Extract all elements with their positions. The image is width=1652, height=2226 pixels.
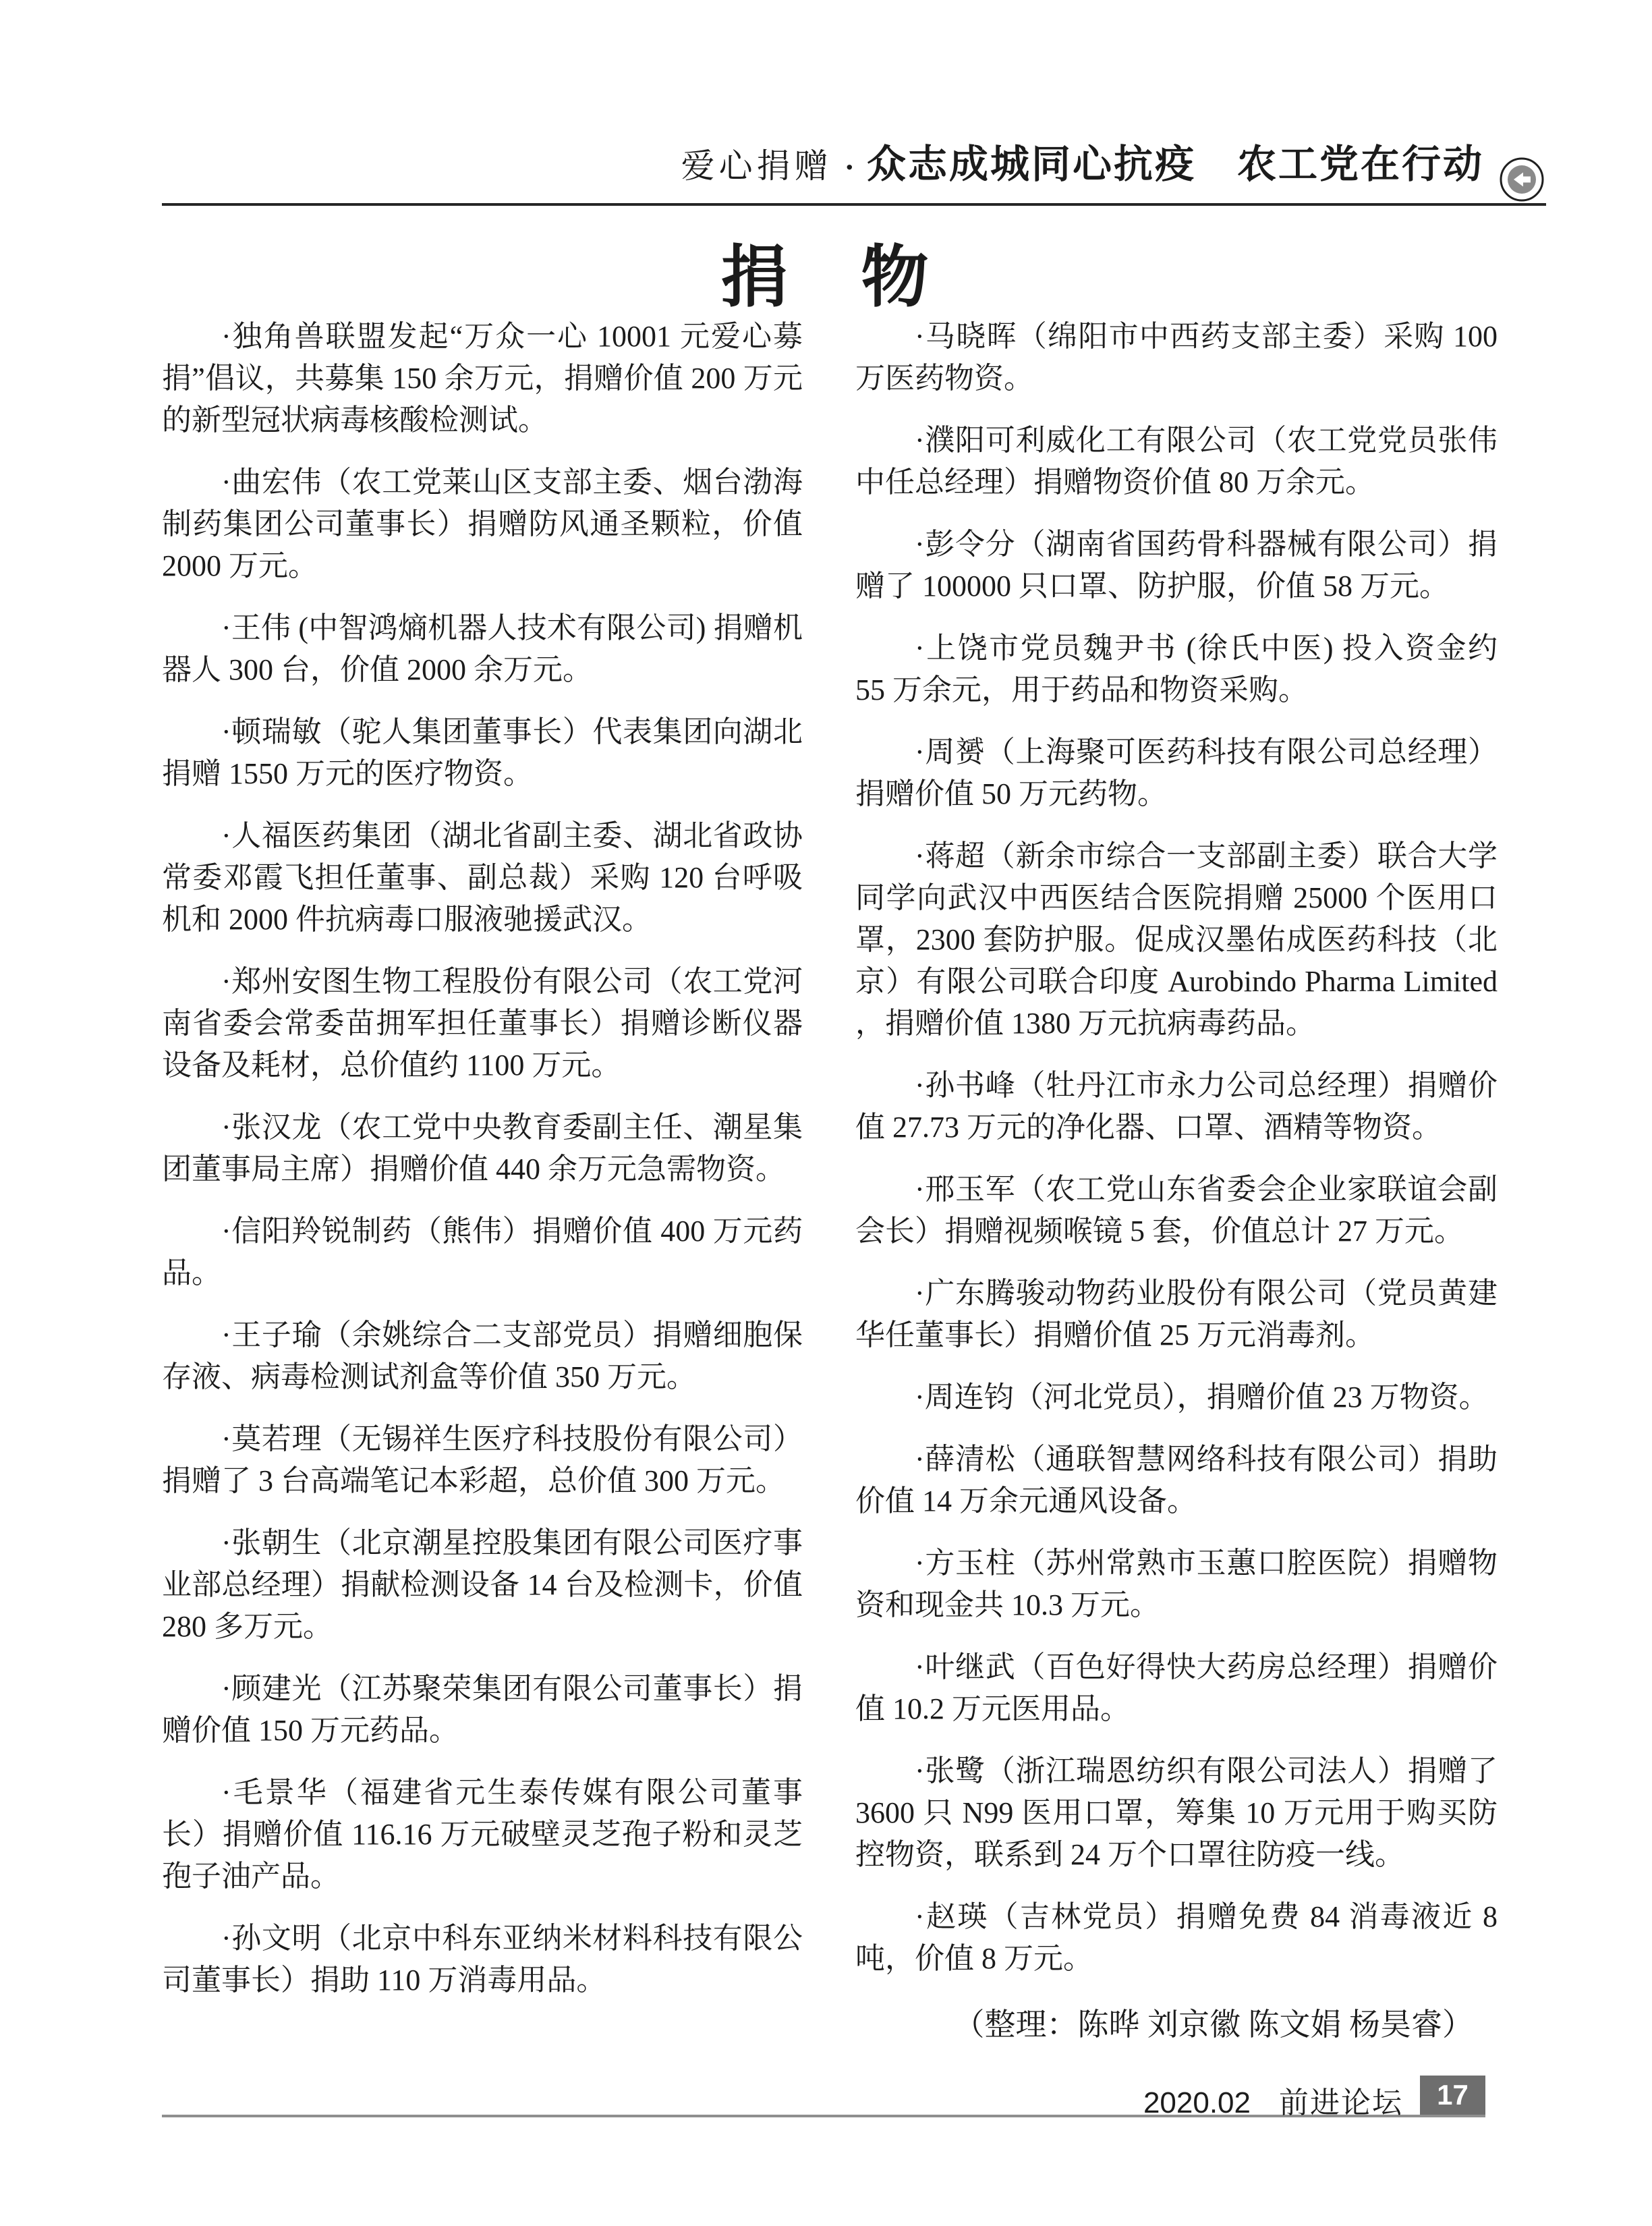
donation-item: ·孙书峰（牡丹江市永力公司总经理）捐赠价值 27.73 万元的净化器、口罩、酒精… <box>855 1065 1498 1148</box>
donation-item: ·马晓晖（绵阳市中西药支部主委）采购 100 万医药物资。 <box>855 316 1498 399</box>
donation-item: ·王伟 (中智鸿熵机器人技术有限公司) 捐赠机器人 300 台，价值 2000 … <box>162 607 803 691</box>
donation-item: ·孙文明（北京中科东亚纳米材料科技有限公司董事长）捐助 110 万消毒用品。 <box>162 1918 803 2001</box>
donation-item: ·顿瑞敏（驼人集团董事长）代表集团向湖北捐赠 1550 万元的医疗物资。 <box>162 711 803 795</box>
donation-item: ·人福医药集团（湖北省副主委、湖北省政协常委邓霞飞担任董事、副总裁）采购 120… <box>162 815 803 941</box>
donation-item: ·张朝生（北京潮星控股集团有限公司医疗事业部总经理）捐献检测设备 14 台及检测… <box>162 1522 803 1648</box>
footer-issue: 2020.02 <box>1143 2086 1251 2119</box>
donation-item: ·周连钧（河北党员），捐赠价值 23 万物资。 <box>855 1376 1498 1418</box>
header-kicker: 爱心捐赠 <box>681 147 832 185</box>
page-header: 爱心捐赠·众志成城同心抗疫 农工党在行动 <box>162 132 1484 189</box>
donation-item: ·赵瑛（吉林党员）捐赠免费 84 消毒液近 8 吨，价值 8 万元。 <box>855 1896 1498 1980</box>
right-column: ·马晓晖（绵阳市中西药支部主委）采购 100 万医药物资。 ·濮阳可利威化工有限… <box>855 316 1498 2046</box>
donation-item: ·独角兽联盟发起“万众一心 10001 元爱心募捐”倡议，共募集 150 余万元… <box>162 316 803 441</box>
donation-item: ·上饶市党员魏尹书 (徐氏中医) 投入资金约 55 万余元，用于药品和物资采购。 <box>855 628 1498 711</box>
donation-item: ·莫若理（无锡祥生医疗科技股份有限公司）捐赠了 3 台高端笔记本彩超，总价值 3… <box>162 1418 803 1502</box>
header-separator: · <box>845 150 855 184</box>
header-title: 众志成城同心抗疫 农工党在行动 <box>867 142 1484 186</box>
donation-item: ·信阳羚锐制药（熊伟）捐赠价值 400 万元药品。 <box>162 1211 803 1294</box>
donation-item: ·濮阳可利威化工有限公司（农工党党员张伟中任总经理）捐赠物资价值 80 万余元。 <box>855 420 1498 503</box>
header-rule <box>162 203 1546 206</box>
footer-text: 2020.02前进论坛 <box>809 2078 1403 2121</box>
article-title: 捐 物 <box>0 223 1652 320</box>
donation-item: ·张鹭（浙江瑞恩纺织有限公司法人）捐赠了 3600 只 N99 医用口罩，筹集 … <box>855 1750 1498 1876</box>
donation-item: ·毛景华（福建省元生泰传媒有限公司董事长）捐赠价值 116.16 万元破壁灵芝孢… <box>162 1772 803 1897</box>
donation-item: ·邢玉军（农工党山东省委会企业家联谊会副会长）捐赠视频喉镜 5 套，价值总计 2… <box>855 1169 1498 1252</box>
donation-item: ·曲宏伟（农工党莱山区支部主委、烟台渤海制药集团公司董事长）捐赠防风通圣颗粒，价… <box>162 462 803 587</box>
donation-item: ·蒋超（新余市综合一支部副主委）联合大学同学向武汉中西医结合医院捐赠 25000… <box>855 835 1498 1045</box>
footer-journal: 前进论坛 <box>1279 2086 1403 2119</box>
donation-item: ·彭令分（湖南省国药骨科器械有限公司）捐赠了 100000 只口罩、防护服，价值… <box>855 524 1498 607</box>
donation-item: ·郑州安图生物工程股份有限公司（农工党河南省委会常委苗拥军担任董事长）捐赠诊断仪… <box>162 961 803 1086</box>
donation-item: ·方玉柱（苏州常熟市玉蕙口腔医院）捐赠物资和现金共 10.3 万元。 <box>855 1542 1498 1626</box>
magazine-page: 爱心捐赠·众志成城同心抗疫 农工党在行动 捐 物 ·独角兽联盟发起“万众一心 1… <box>0 0 1652 2226</box>
page-number-badge: 17 <box>1420 2076 1485 2115</box>
donation-item: ·薛清松（通联智慧网络科技有限公司）捐助价值 14 万余元通风设备。 <box>855 1439 1498 1522</box>
credit-line: （整理：陈晔 刘京徽 陈文娟 杨昊睿） <box>855 2004 1498 2046</box>
donation-item: ·广东腾骏动物药业股份有限公司（党员黄建华任董事长）捐赠价值 25 万元消毒剂。 <box>855 1273 1498 1356</box>
donation-item: ·周赟（上海聚可医药科技有限公司总经理）捐赠价值 50 万元药物。 <box>855 731 1498 815</box>
back-arrow-icon <box>1499 157 1545 202</box>
left-column: ·独角兽联盟发起“万众一心 10001 元爱心募捐”倡议，共募集 150 余万元… <box>162 316 803 2001</box>
donation-item: ·王子瑜（余姚综合二支部党员）捐赠细胞保存液、病毒检测试剂盒等价值 350 万元… <box>162 1314 803 1398</box>
donation-item: ·叶继武（百色好得快大药房总经理）捐赠价值 10.2 万元医用品。 <box>855 1646 1498 1730</box>
donation-item: ·顾建光（江苏聚荣集团有限公司董事长）捐赠价值 150 万元药品。 <box>162 1668 803 1752</box>
donation-item: ·张汉龙（农工党中央教育委副主任、潮星集团董事局主席）捐赠价值 440 余万元急… <box>162 1107 803 1190</box>
